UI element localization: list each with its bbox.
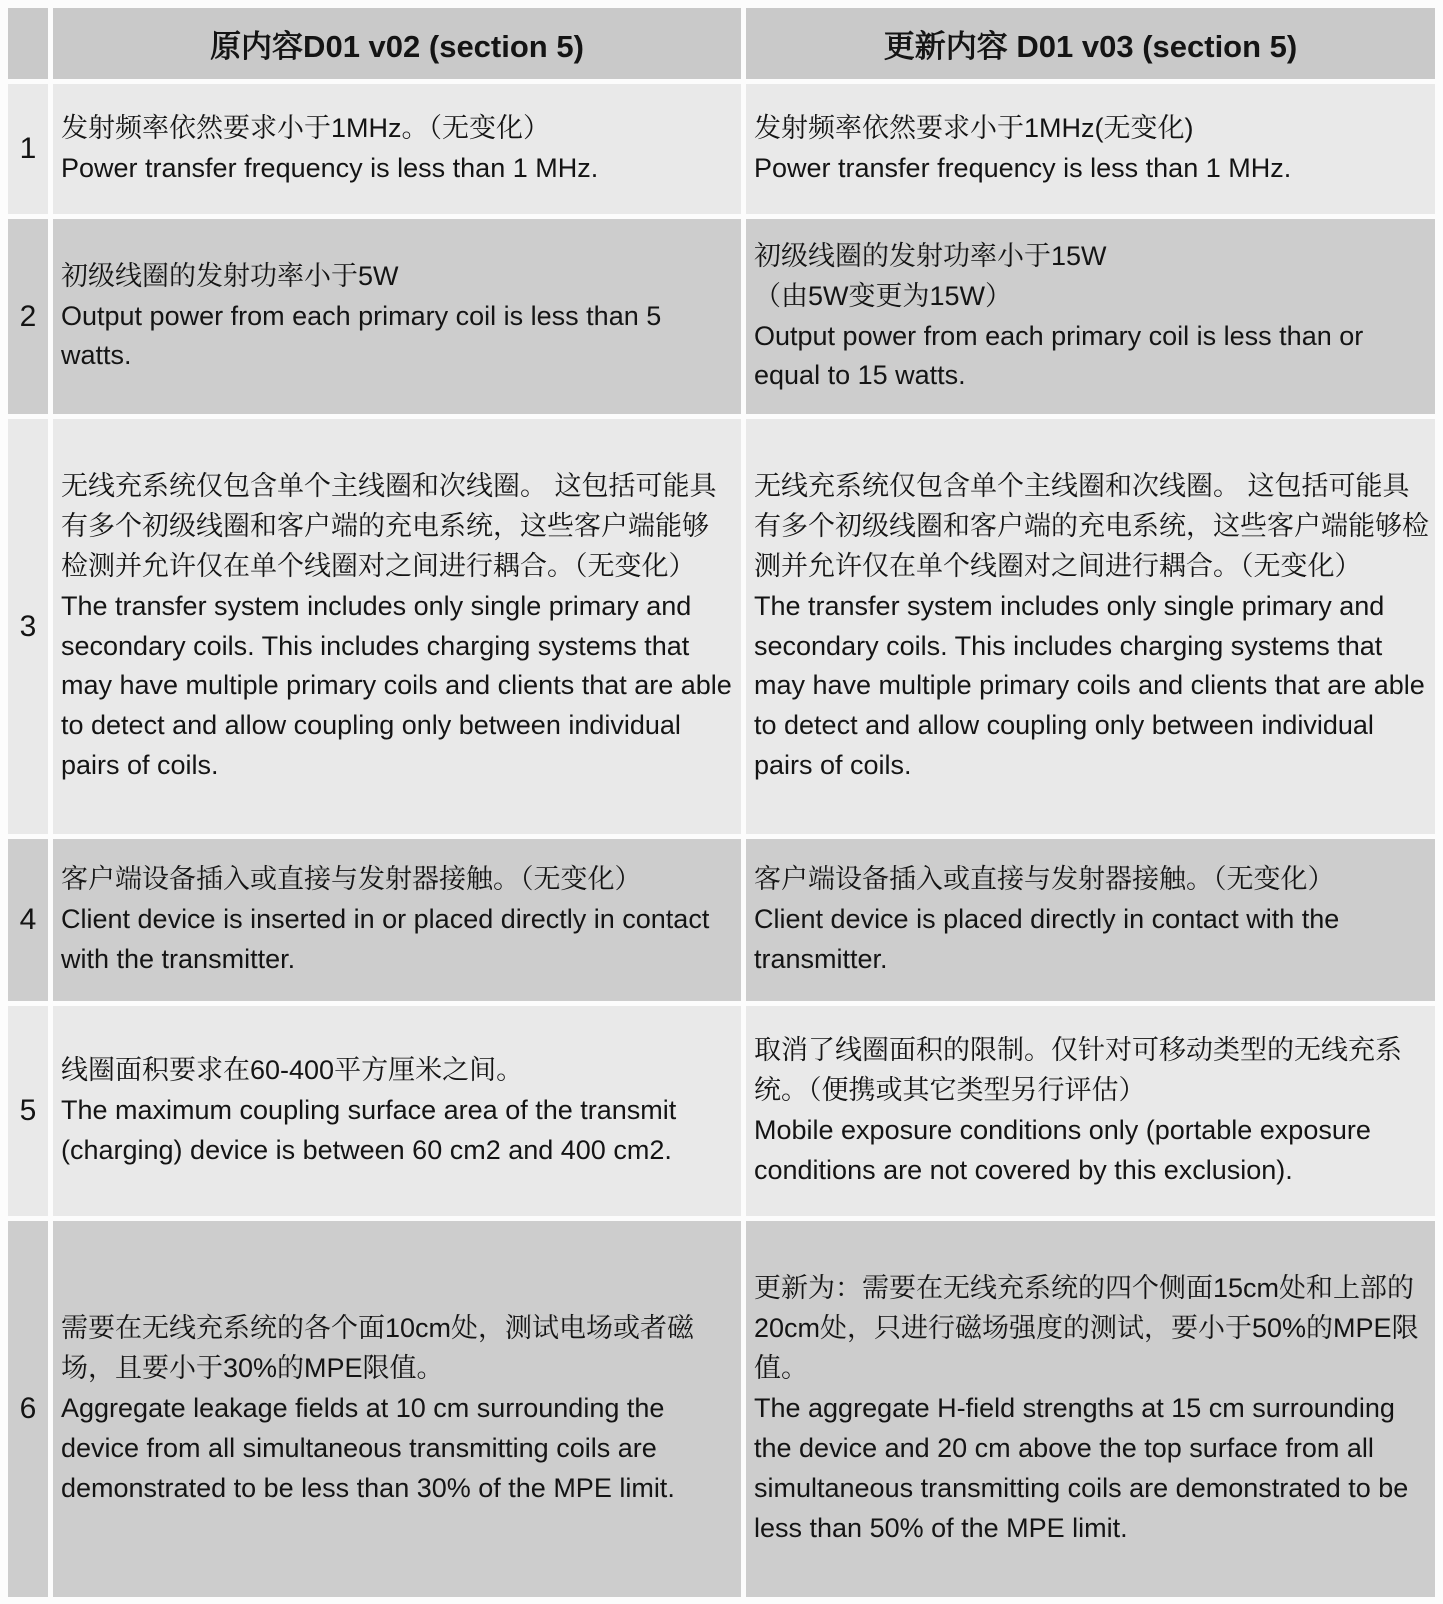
original-cell: 需要在无线充系统的各个面10cm处，测试电场或者磁场，且要小于30%的MPE限值…: [53, 1221, 741, 1597]
cell-paragraph-zh: 初级线圈的发射功率小于15W: [754, 237, 1429, 277]
row-number: 6: [8, 1221, 48, 1597]
original-cell: 初级线圈的发射功率小于5W Output power from each pri…: [53, 219, 741, 414]
cell-paragraph-en: Mobile exposure conditions only (portabl…: [754, 1111, 1429, 1191]
row-number: 2: [8, 219, 48, 414]
original-cell: 客户端设备插入或直接与发射器接触。（无变化） Client device is …: [53, 839, 741, 1001]
cell-paragraph-en: The aggregate H-field strengths at 15 cm…: [754, 1389, 1429, 1549]
original-cell: 线圈面积要求在60-400平方厘米之间。 The maximum couplin…: [53, 1006, 741, 1216]
cell-paragraph-zh: 发射频率依然要求小于1MHz。（无变化）: [61, 109, 735, 149]
updated-cell: 更新为：需要在无线充系统的四个侧面15cm处和上部的20cm处，只进行磁场强度的…: [746, 1221, 1435, 1597]
header-corner-cell: [8, 8, 48, 79]
cell-paragraph-zh: 客户端设备插入或直接与发射器接触。（无变化）: [61, 860, 735, 900]
updated-cell: 无线充系统仅包含单个主线圈和次线圈。 这包括可能具有多个初级线圈和客户端的充电系…: [746, 419, 1435, 834]
cell-paragraph-zh: 发射频率依然要求小于1MHz(无变化): [754, 109, 1429, 149]
cell-paragraph-en: Power transfer frequency is less than 1 …: [61, 149, 735, 189]
cell-paragraph-zh: 取消了线圈面积的限制。仅针对可移动类型的无线充系统。（便携或其它类型另行评估）: [754, 1031, 1429, 1111]
cell-paragraph-en: Client device is inserted in or placed d…: [61, 900, 735, 980]
row-number: 4: [8, 839, 48, 1001]
updated-cell: 客户端设备插入或直接与发射器接触。（无变化） Client device is …: [746, 839, 1435, 1001]
updated-cell: 取消了线圈面积的限制。仅针对可移动类型的无线充系统。（便携或其它类型另行评估） …: [746, 1006, 1435, 1216]
cell-paragraph-en: Output power from each primary coil is l…: [754, 317, 1429, 397]
cell-paragraph-zh: 无线充系统仅包含单个主线圈和次线圈。 这包括可能具有多个初级线圈和客户端的充电系…: [754, 467, 1429, 587]
cell-paragraph-en: Power transfer frequency is less than 1 …: [754, 149, 1429, 189]
row-number: 3: [8, 419, 48, 834]
cell-paragraph-en: The maximum coupling surface area of the…: [61, 1091, 735, 1171]
cell-paragraph-zh-note: （由5W变更为15W）: [754, 277, 1429, 317]
cell-paragraph-en: Client device is placed directly in cont…: [754, 900, 1429, 980]
cell-paragraph-zh: 客户端设备插入或直接与发射器接触。（无变化）: [754, 860, 1429, 900]
updated-cell: 发射频率依然要求小于1MHz(无变化) Power transfer frequ…: [746, 84, 1435, 214]
cell-paragraph-en: The transfer system includes only single…: [61, 587, 735, 787]
original-cell: 无线充系统仅包含单个主线圈和次线圈。 这包括可能具有多个初级线圈和客户端的充电系…: [53, 419, 741, 834]
cell-paragraph-zh: 线圈面积要求在60-400平方厘米之间。: [61, 1051, 735, 1091]
header-updated-column: 更新内容 D01 v03 (section 5): [746, 8, 1435, 79]
cell-paragraph-zh: 需要在无线充系统的各个面10cm处，测试电场或者磁场，且要小于30%的MPE限值…: [61, 1309, 735, 1389]
row-number: 1: [8, 84, 48, 214]
cell-paragraph-en: Output power from each primary coil is l…: [61, 297, 735, 377]
row-number: 5: [8, 1006, 48, 1216]
original-cell: 发射频率依然要求小于1MHz。（无变化） Power transfer freq…: [53, 84, 741, 214]
cell-paragraph-en: Aggregate leakage fields at 10 cm surrou…: [61, 1389, 735, 1509]
cell-paragraph-zh: 无线充系统仅包含单个主线圈和次线圈。 这包括可能具有多个初级线圈和客户端的充电系…: [61, 467, 735, 587]
comparison-table: 原内容D01 v02 (section 5) 更新内容 D01 v03 (sec…: [0, 0, 1443, 1604]
document-page: 原内容D01 v02 (section 5) 更新内容 D01 v03 (sec…: [0, 0, 1443, 1604]
cell-paragraph-zh: 初级线圈的发射功率小于5W: [61, 257, 735, 297]
cell-paragraph-en: The transfer system includes only single…: [754, 587, 1429, 787]
updated-cell: 初级线圈的发射功率小于15W （由5W变更为15W） Output power …: [746, 219, 1435, 414]
cell-paragraph-zh: 更新为：需要在无线充系统的四个侧面15cm处和上部的20cm处，只进行磁场强度的…: [754, 1269, 1429, 1389]
header-original-column: 原内容D01 v02 (section 5): [53, 8, 741, 79]
